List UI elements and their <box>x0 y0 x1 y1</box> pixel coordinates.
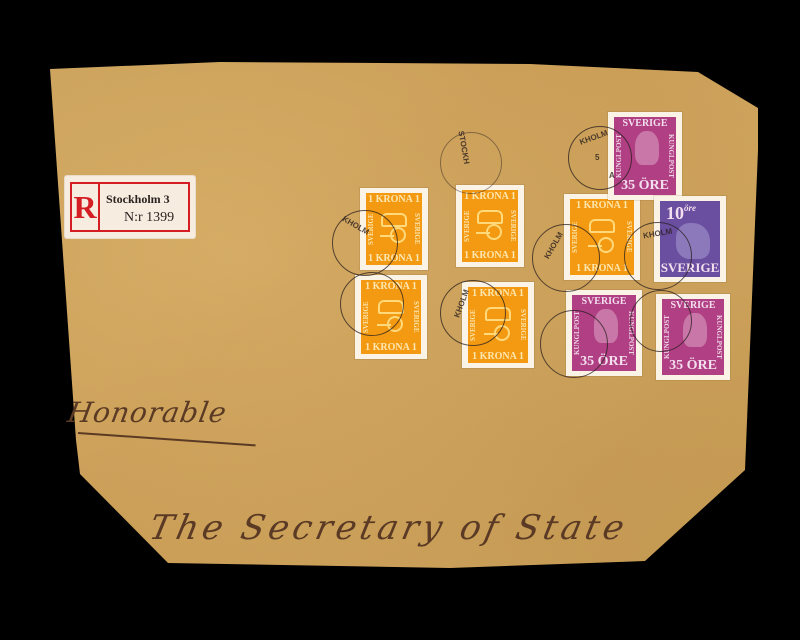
king-portrait-icon <box>635 131 659 165</box>
1-krona-stamp: 1 KRONA 1 SVERIGE SVERIGE 1 KRONA 1 <box>456 185 524 267</box>
postmark-text: KHOLM <box>642 227 672 241</box>
registration-office: Stockholm 3 <box>106 192 170 207</box>
stamp-side-text: SVERIGE <box>507 204 517 248</box>
stamp-top-text: 1 KRONA 1 <box>570 200 634 211</box>
postmark <box>540 310 608 378</box>
stamp-side-text: SVERIGE <box>517 301 527 349</box>
stamp-side-text: KUNGLPOST <box>713 313 723 361</box>
stamp-value: 10öre <box>666 203 696 224</box>
postmark-text: KHOLM <box>341 214 371 236</box>
stamp-top-text: 1 KRONA 1 <box>366 194 422 205</box>
postmark: KHOLM <box>332 210 398 276</box>
postmark: KHOLM <box>532 224 600 292</box>
stamp-bottom-text: 35 ÖRE <box>662 358 724 374</box>
registration-number: N:r 1399 <box>124 210 174 226</box>
crown-posthorn-icon <box>478 206 502 246</box>
stamp-side-text: SVERIGE <box>411 207 421 251</box>
postmark: KHOLM <box>624 222 692 290</box>
handwritten-salutation: Honorable <box>65 396 230 429</box>
handwritten-address: The Secretary of State <box>146 508 632 548</box>
stamp-bottom-text: 1 KRONA 1 <box>361 342 421 353</box>
postmark <box>630 290 692 352</box>
stamp-bottom-text: 1 KRONA 1 <box>468 351 528 362</box>
stamp-side-text: KUNGLPOST <box>665 131 675 181</box>
registration-label-border: R Stockholm 3 N:r 1399 <box>70 182 190 232</box>
postmark: STOCKH <box>440 132 502 194</box>
stamp-bottom-text: 1 KRONA 1 <box>462 250 518 261</box>
stamp-side-text: SVERIGE <box>410 294 420 340</box>
postmark: KHOLM 5 A <box>568 126 632 190</box>
postmark <box>340 272 404 336</box>
postmark-day: 5 <box>595 153 599 162</box>
stamp-cover-scan: R Stockholm 3 N:r 1399 1 KRONA 1 SVERIGE… <box>0 0 800 640</box>
postmark-text: STOCKH <box>456 130 471 165</box>
postmark-text: KHOLM <box>542 231 564 261</box>
stamp-top-text: SVERIGE <box>572 296 636 307</box>
postmark-text: KHOLM <box>578 128 609 146</box>
postmark: KHOLM <box>440 280 506 346</box>
stamp-bottom-text: 35 ÖRE <box>614 178 676 194</box>
registration-label: R Stockholm 3 N:r 1399 <box>65 176 195 238</box>
stamp-top-text: SVERIGE <box>614 118 676 129</box>
registration-letter: R <box>72 184 100 230</box>
stamp-side-text: SVERIGE <box>463 204 473 248</box>
postmark-text: KHOLM <box>452 288 470 319</box>
postmark-marker: A <box>609 171 615 180</box>
